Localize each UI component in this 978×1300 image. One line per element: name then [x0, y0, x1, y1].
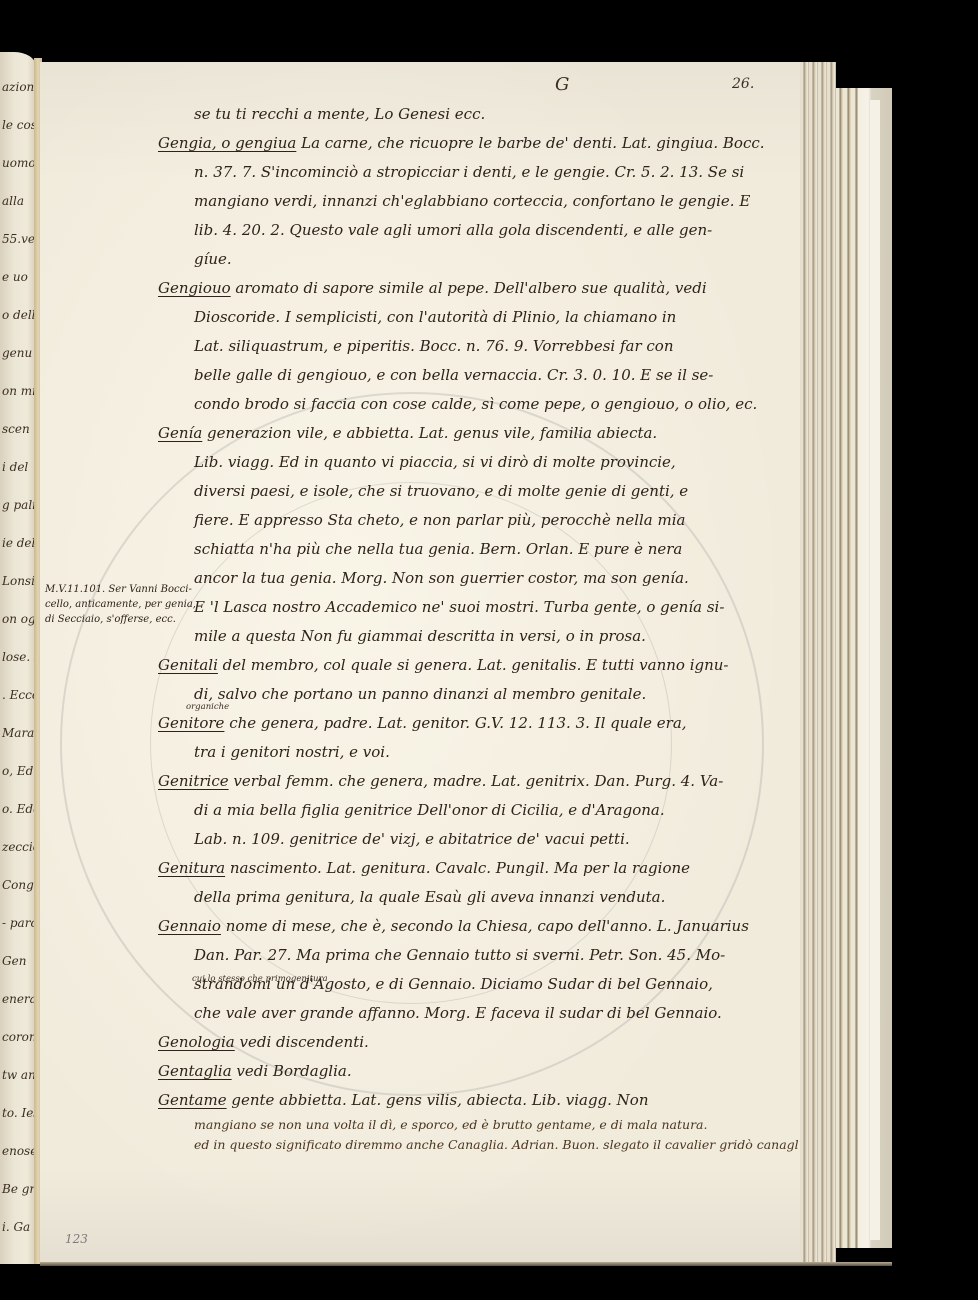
- text-line: n. 37. 7. S'incominciò a stropicciar i d…: [158, 158, 798, 187]
- left-page-text-fragment: ie dell: [2, 536, 36, 550]
- left-page-text-fragment: azione: [2, 80, 36, 94]
- left-page-text-fragment: zeccion: [2, 840, 36, 854]
- entry-definition: La carne, che ricuopre le barbe de' dent…: [296, 134, 764, 152]
- text-line: Lat. siliquastrum, e piperitis. Bocc. n.…: [158, 332, 798, 361]
- bottom-page-number: 123: [65, 1232, 88, 1246]
- entry-headword: Genitrice: [158, 772, 229, 790]
- left-page-text-fragment: o. Ede: [2, 802, 36, 816]
- entry-definition: generazion vile, e abbietta. Lat. genus …: [202, 424, 657, 442]
- entry-definition: vedi discendenti.: [235, 1033, 369, 1051]
- left-page-text-fragment: o dell: [2, 308, 36, 322]
- dictionary-entry-line: Genitore che genera, padre. Lat. genitor…: [158, 709, 798, 738]
- text-line: mangiano se non una volta il dì, e sporc…: [158, 1115, 798, 1135]
- left-page-text-fragment: to. Ies: [2, 1106, 36, 1120]
- left-page-text-fragment: Be gref: [2, 1182, 36, 1196]
- text-line: mangiano verdi, innanzi ch'eglabbiano co…: [158, 187, 798, 216]
- left-page-text-fragment: on mi: [2, 384, 36, 398]
- entry-definition: del membro, col quale si genera. Lat. ge…: [218, 656, 729, 674]
- entry-definition: aromato di sapore simile al pepe. Dell'a…: [231, 279, 707, 297]
- text-line: di a mia bella figlia genitrice Dell'ono…: [158, 796, 798, 825]
- text-line: della prima genitura, la quale Esaù gli …: [158, 883, 798, 912]
- left-page-text-fragment: Cong: [2, 878, 34, 892]
- left-page-text-fragment: genu: [2, 346, 32, 360]
- left-page-text-fragment: e uo: [2, 270, 28, 284]
- text-line: di, salvo che portano un panno dinanzi a…: [158, 680, 798, 709]
- text-line: strandomi un d'Agosto, e di Gennaio. Dic…: [158, 970, 798, 999]
- text-line: gíue.: [158, 245, 798, 274]
- folio-number: 26.: [732, 76, 754, 92]
- entry-headword: Genitura: [158, 859, 225, 877]
- dictionary-entry-line: Genía generazion vile, e abbietta. Lat. …: [158, 419, 798, 448]
- left-page-text-fragment: . Ecco: [2, 688, 36, 702]
- entry-definition: vedi Bordaglia.: [232, 1062, 352, 1080]
- page-letter-heading: G: [555, 74, 569, 95]
- dictionary-entry-line: Genitrice verbal femm. che genera, madre…: [158, 767, 798, 796]
- text-line: Lab. n. 109. genitrice de' vizj, e abita…: [158, 825, 798, 854]
- text-line: se tu ti recchi a mente, Lo Genesi ecc.: [158, 100, 798, 129]
- manuscript-photo: azionele cosuomoalla55.vee uoo dellgenuo…: [0, 0, 978, 1300]
- left-page-text-fragment: o, Ed: [2, 764, 33, 778]
- left-page-text-fragment: corone: [2, 1030, 36, 1044]
- left-page-text-fragment: g pali: [2, 498, 36, 512]
- entry-headword: Genitore: [158, 714, 224, 732]
- entry-definition: che genera, padre. Lat. genitor. G.V. 12…: [224, 714, 686, 732]
- entry-headword: Genologia: [158, 1033, 235, 1051]
- text-line: che vale aver grande affanno. Morg. E fa…: [158, 999, 798, 1028]
- text-line: tra i genitori nostri, e voi.: [158, 738, 798, 767]
- entry-headword: Gentame: [158, 1091, 227, 1109]
- text-line: mile a questa Non fu giammai descritta i…: [158, 622, 798, 651]
- entry-headword: Gengia, o gengiua: [158, 134, 296, 152]
- left-page-text-fragment: enose,: [2, 1144, 36, 1158]
- left-page-text-fragment: i del: [2, 460, 28, 474]
- left-page-text-fragment: on ogni: [2, 612, 36, 626]
- entry-definition: verbal femm. che genera, madre. Lat. gen…: [229, 772, 724, 790]
- binding-board-inner: [870, 100, 880, 1240]
- entry-definition: nome di mese, che è, secondo la Chiesa, …: [221, 917, 749, 935]
- dictionary-text: se tu ti recchi a mente, Lo Genesi ecc.G…: [158, 100, 798, 1155]
- left-page-text-fragment: Gen: [2, 954, 26, 968]
- left-page-text-fragment: alla: [2, 194, 24, 208]
- left-page: azionele cosuomoalla55.vee uoo dellgenuo…: [0, 52, 36, 1264]
- text-line: schiatta n'ha più che nella tua genia. B…: [158, 535, 798, 564]
- dictionary-entry-line: Gennaio nome di mese, che è, secondo la …: [158, 912, 798, 941]
- dictionary-entry-line: Genitali del membro, col quale si genera…: [158, 651, 798, 680]
- dictionary-entry-line: Gentaglia vedi Bordaglia.: [158, 1057, 798, 1086]
- entry-headword: Genitali: [158, 656, 218, 674]
- left-page-text-fragment: tw ani: [2, 1068, 36, 1082]
- entry-headword: Gentaglia: [158, 1062, 232, 1080]
- dictionary-entry-line: Gengiouo aromato di sapore simile al pep…: [158, 274, 798, 303]
- page-edges: [800, 62, 836, 1264]
- dictionary-entry-line: Genitura nascimento. Lat. genitura. Cava…: [158, 854, 798, 883]
- text-line: ed in questo significato diremmo anche C…: [158, 1135, 798, 1155]
- left-page-text-fragment: Mara: [2, 726, 34, 740]
- text-line: ancor la tua genia. Morg. Non son guerri…: [158, 564, 798, 593]
- left-page-text-fragment: lose. E: [2, 650, 36, 664]
- entry-headword: Gennaio: [158, 917, 221, 935]
- text-line: Lib. viagg. Ed in quanto vi piaccia, si …: [158, 448, 798, 477]
- text-line: Dan. Par. 27. Ma prima che Gennaio tutto…: [158, 941, 798, 970]
- text-line: belle galle di gengiouo, e con bella ver…: [158, 361, 798, 390]
- left-page-text-fragment: i. Ga pa: [2, 1220, 36, 1234]
- dictionary-entry-line: Gengia, o gengiua La carne, che ricuopre…: [158, 129, 798, 158]
- left-page-text-fragment: - paro: [2, 916, 36, 930]
- dictionary-entry-line: Genologia vedi discendenti.: [158, 1028, 798, 1057]
- left-page-text-fragment: scen: [2, 422, 30, 436]
- entry-definition: nascimento. Lat. genitura. Cavalc. Pungi…: [225, 859, 690, 877]
- left-page-text-fragment: uomo: [2, 156, 36, 170]
- left-page-text-fragment: enera: [2, 992, 36, 1006]
- left-page-text-fragment: Lonsid: [2, 574, 36, 588]
- text-line: E 'l Lasca nostro Accademico ne' suoi mo…: [158, 593, 798, 622]
- text-line: fiere. E appresso Sta cheto, e non parla…: [158, 506, 798, 535]
- text-line: diversi paesi, e isole, che si truovano,…: [158, 477, 798, 506]
- left-page-text-fragment: le cos: [2, 118, 36, 132]
- right-page: G 26. 123 M.V.11.101. Ser Vanni Bocci- c…: [40, 62, 800, 1264]
- entry-definition: gente abbietta. Lat. gens vilis, abiecta…: [227, 1091, 649, 1109]
- bottom-edge: [40, 1262, 892, 1266]
- text-line: lib. 4. 20. 2. Questo vale agli umori al…: [158, 216, 798, 245]
- entry-headword: Gengiouo: [158, 279, 231, 297]
- left-page-text-fragment: 55.ve: [2, 232, 35, 246]
- text-line: Dioscoride. I semplicisti, con l'autorit…: [158, 303, 798, 332]
- page-edges-deep: [836, 88, 858, 1248]
- entry-headword: Genía: [158, 424, 202, 442]
- text-line: condo brodo si faccia con cose calde, sì…: [158, 390, 798, 419]
- dictionary-entry-line: Gentame gente abbietta. Lat. gens vilis,…: [158, 1086, 798, 1115]
